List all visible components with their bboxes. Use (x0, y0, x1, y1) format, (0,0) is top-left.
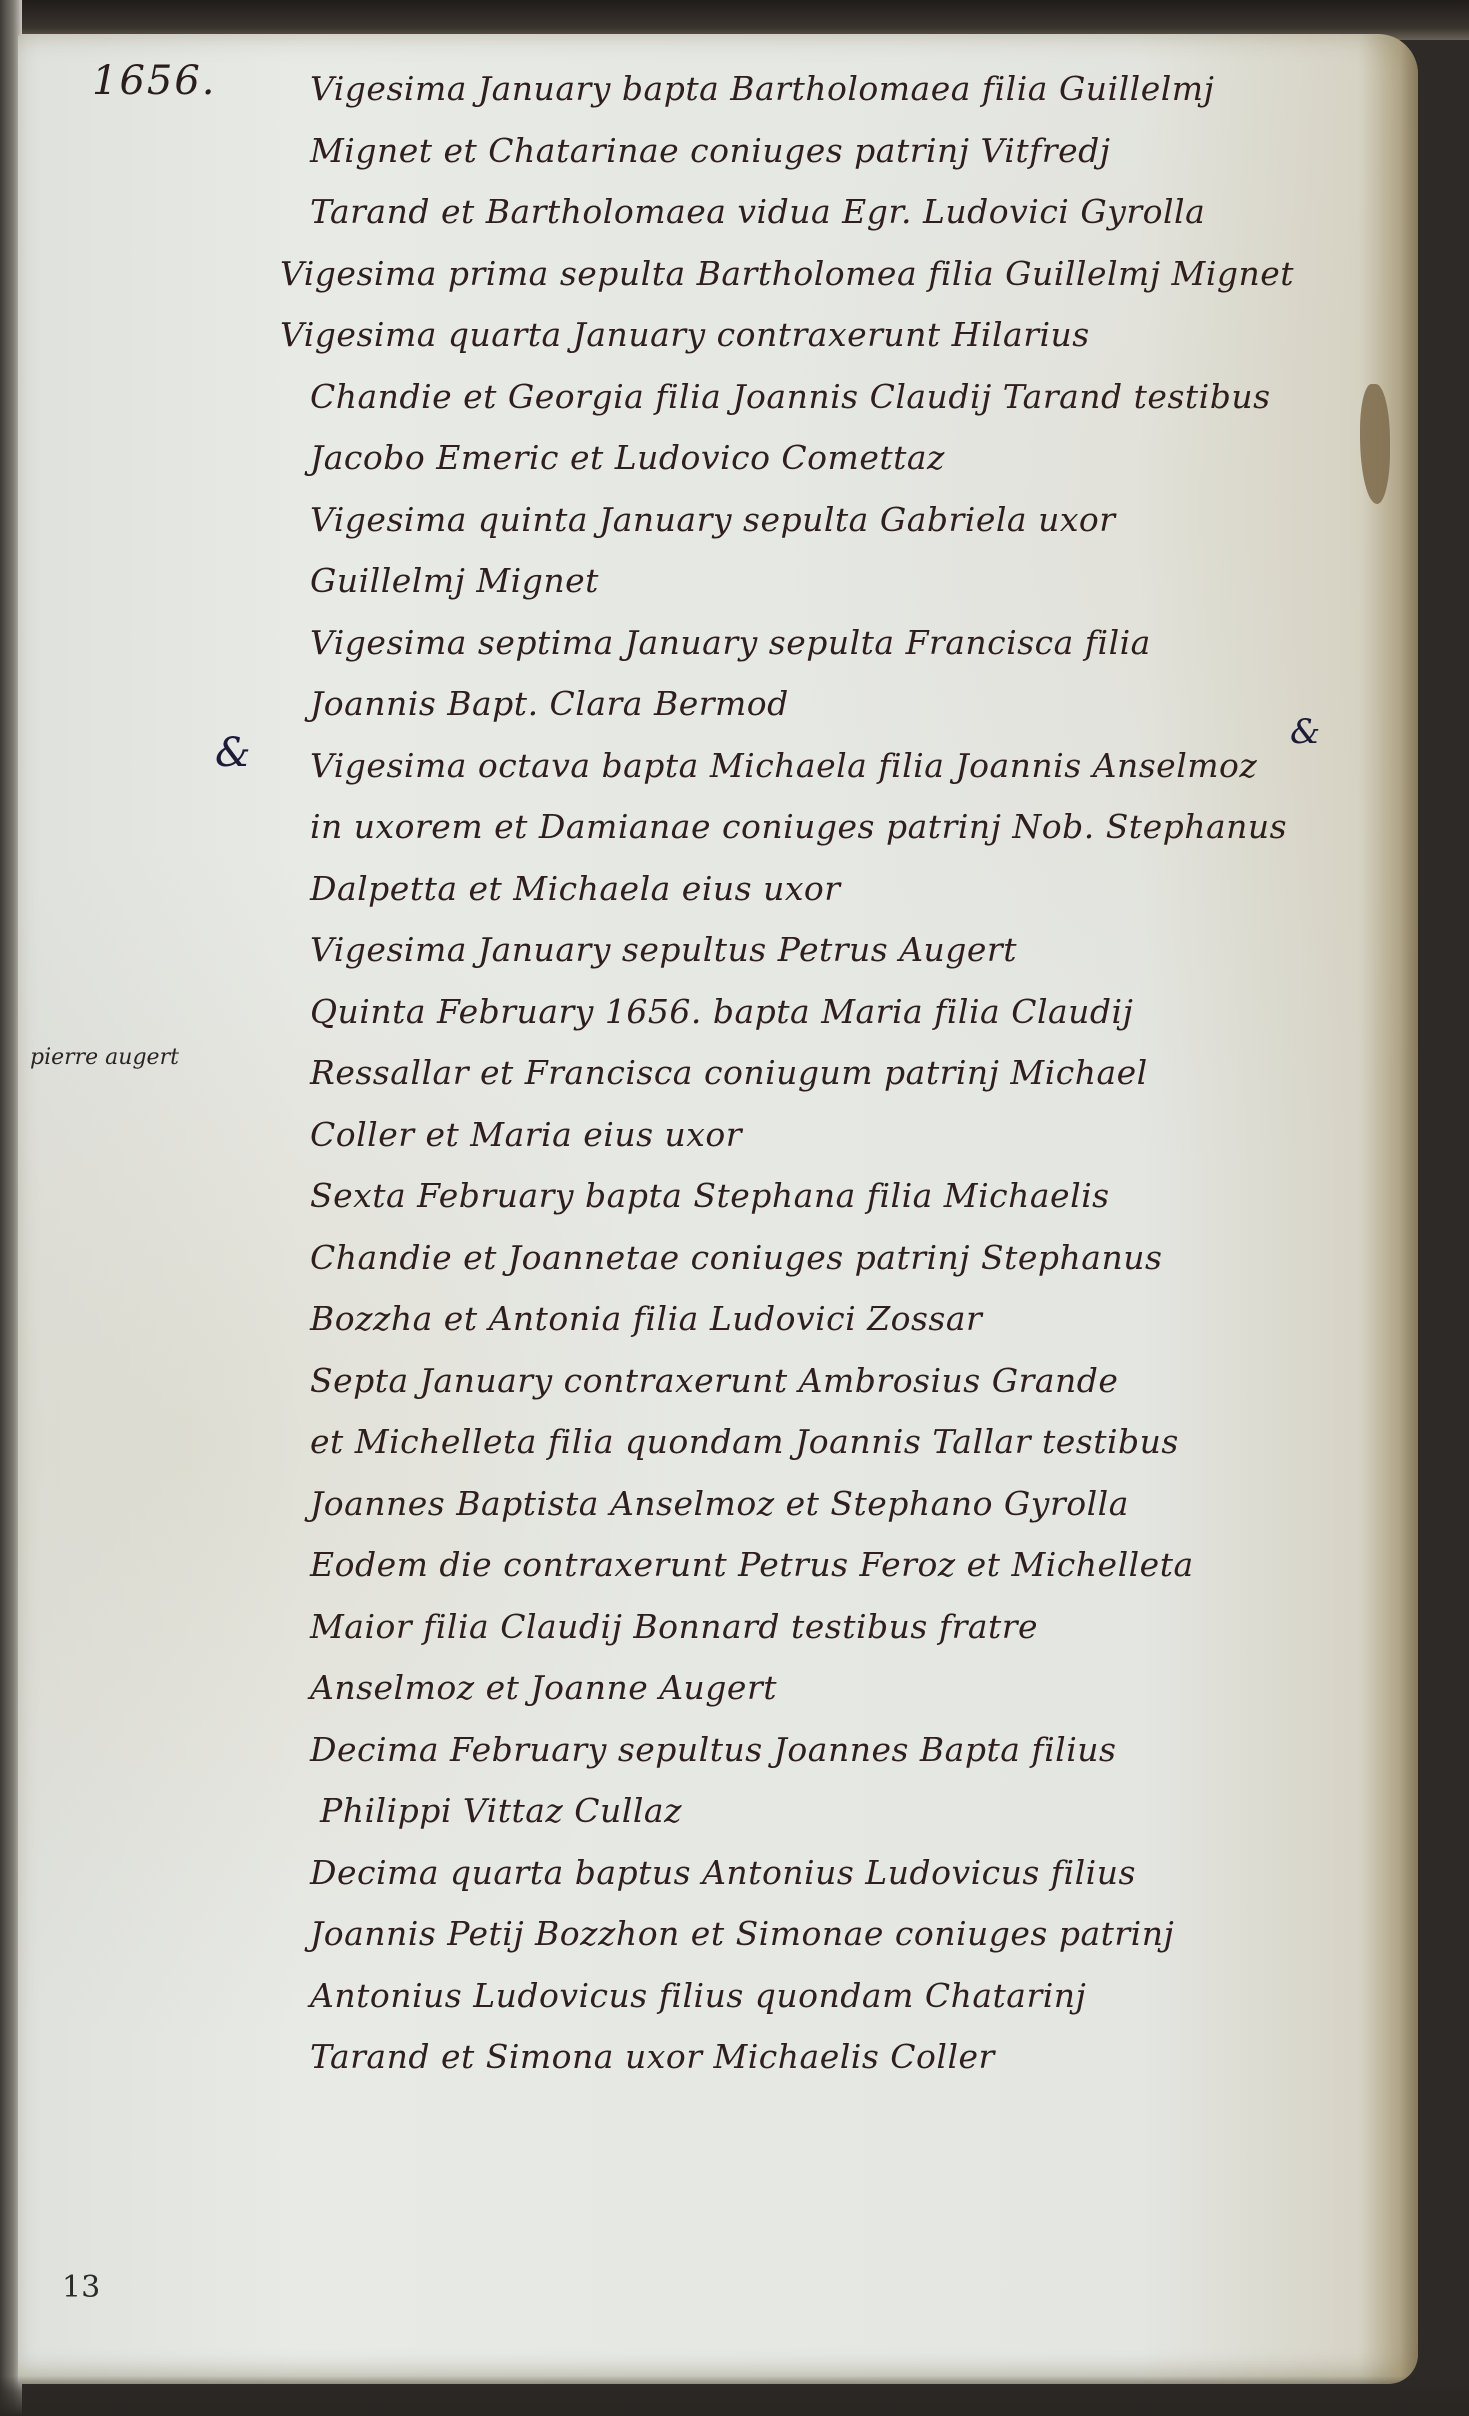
folio-number: 13 (62, 2270, 100, 2305)
register-line: Jacobo Emeric et Ludovico Comettaz (250, 427, 1370, 489)
register-line: Vigesima January sepultus Petrus Augert (250, 919, 1370, 981)
register-line: Decima quarta baptus Antonius Ludovicus … (250, 1842, 1370, 1904)
register-line: Vigesima quinta January sepulta Gabriela… (250, 489, 1370, 551)
register-line: Mignet et Chatarinae coniuges patrinj Vi… (250, 120, 1370, 182)
register-line: Tarand et Simona uxor Michaelis Coller (250, 2026, 1370, 2088)
register-line: Coller et Maria eius uxor (250, 1104, 1370, 1166)
register-line: Philippi Vittaz Cullaz (250, 1780, 1370, 1842)
register-line: Antonius Ludovicus filius quondam Chatar… (250, 1965, 1370, 2027)
register-line: Joannis Petij Bozzhon et Simonae coniuge… (250, 1903, 1370, 1965)
register-line: Chandie et Joannetae coniuges patrinj St… (250, 1227, 1370, 1289)
register-line: in uxorem et Damianae coniuges patrinj N… (250, 796, 1370, 858)
register-line: Joannes Baptista Anselmoz et Stephano Gy… (250, 1473, 1370, 1535)
register-line: Septa January contraxerunt Ambrosius Gra… (250, 1350, 1370, 1412)
register-line: Vigesima prima sepulta Bartholomea filia… (250, 243, 1370, 305)
register-line: et Michelleta filia quondam Joannis Tall… (250, 1411, 1370, 1473)
register-line: Tarand et Bartholomaea vidua Egr. Ludovi… (250, 181, 1370, 243)
register-line: Eodem die contraxerunt Petrus Feroz et M… (250, 1534, 1370, 1596)
register-line: Guillelmj Mignet (250, 550, 1370, 612)
margin-note-name: pierre augert (30, 1045, 179, 1070)
register-entries: Vigesima January bapta Bartholomaea fili… (250, 58, 1370, 2088)
margin-mark-left: & (215, 730, 251, 776)
register-line: Bozzha et Antonia filia Ludovici Zossar (250, 1288, 1370, 1350)
register-line: Vigesima octava bapta Michaela filia Joa… (250, 735, 1370, 797)
register-line: Dalpetta et Michaela eius uxor (250, 858, 1370, 920)
register-line: Vigesima septima January sepulta Francis… (250, 612, 1370, 674)
page-bottom-shadow (0, 2376, 1469, 2416)
register-line: Ressallar et Francisca coniugum patrinj … (250, 1042, 1370, 1104)
register-line: Maior filia Claudij Bonnard testibus fra… (250, 1596, 1370, 1658)
register-line: Decima February sepultus Joannes Bapta f… (250, 1719, 1370, 1781)
year-heading: 1656. (92, 58, 217, 104)
register-line: Vigesima January bapta Bartholomaea fili… (250, 58, 1370, 120)
register-line: Vigesima quarta January contraxerunt Hil… (250, 304, 1370, 366)
register-line: Joannis Bapt. Clara Bermod (250, 673, 1370, 735)
register-line: Sexta February bapta Stephana filia Mich… (250, 1165, 1370, 1227)
register-line: Quinta February 1656. bapta Maria filia … (250, 981, 1370, 1043)
register-line: Anselmoz et Joanne Augert (250, 1657, 1370, 1719)
register-line: Chandie et Georgia filia Joannis Claudij… (250, 366, 1370, 428)
